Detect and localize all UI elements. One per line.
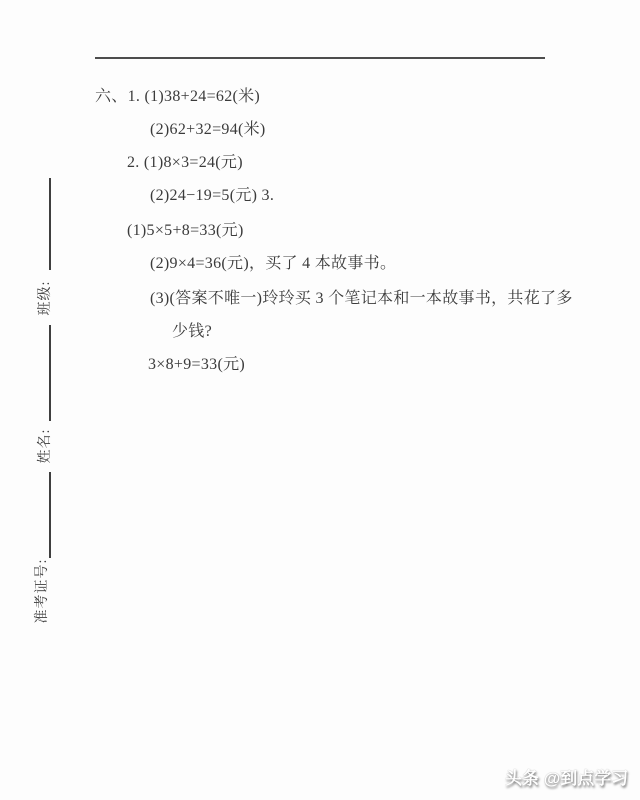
answer-line: (3)(答案不唯一)玲玲买 3 个笔记本和一本故事书，共花了多 bbox=[150, 288, 573, 310]
top-rule-divider bbox=[95, 57, 545, 59]
answer-line: 少钱? bbox=[172, 321, 212, 343]
answer-line: 3×8+9=33(元) bbox=[148, 354, 245, 376]
answer-line: (2)62+32=94(米) bbox=[150, 119, 266, 141]
seal-line-top bbox=[49, 178, 51, 270]
answer-line: (2)9×4=36(元)，买了 4 本故事书。 bbox=[150, 253, 396, 275]
margin-label-class: 班级: bbox=[34, 274, 54, 322]
answer-line: 2. (1)8×3=24(元) bbox=[127, 152, 243, 174]
margin-label-exam-number: 准考证号: bbox=[31, 553, 51, 629]
worksheet-page: 班级: 姓名: 准考证号: 六、1. (1)38+24=62(米) (2)62+… bbox=[0, 0, 640, 800]
margin-label-name: 姓名: bbox=[34, 422, 54, 470]
seal-line-bottom bbox=[49, 472, 51, 558]
answer-line: (2)24−19=5(元) 3. bbox=[150, 185, 274, 207]
watermark: 头条 @到点学习 bbox=[505, 764, 628, 789]
answer-line: 六、1. (1)38+24=62(米) bbox=[95, 86, 260, 108]
answer-line: (1)5×5+8=33(元) bbox=[127, 220, 244, 242]
seal-line-middle bbox=[49, 325, 51, 421]
